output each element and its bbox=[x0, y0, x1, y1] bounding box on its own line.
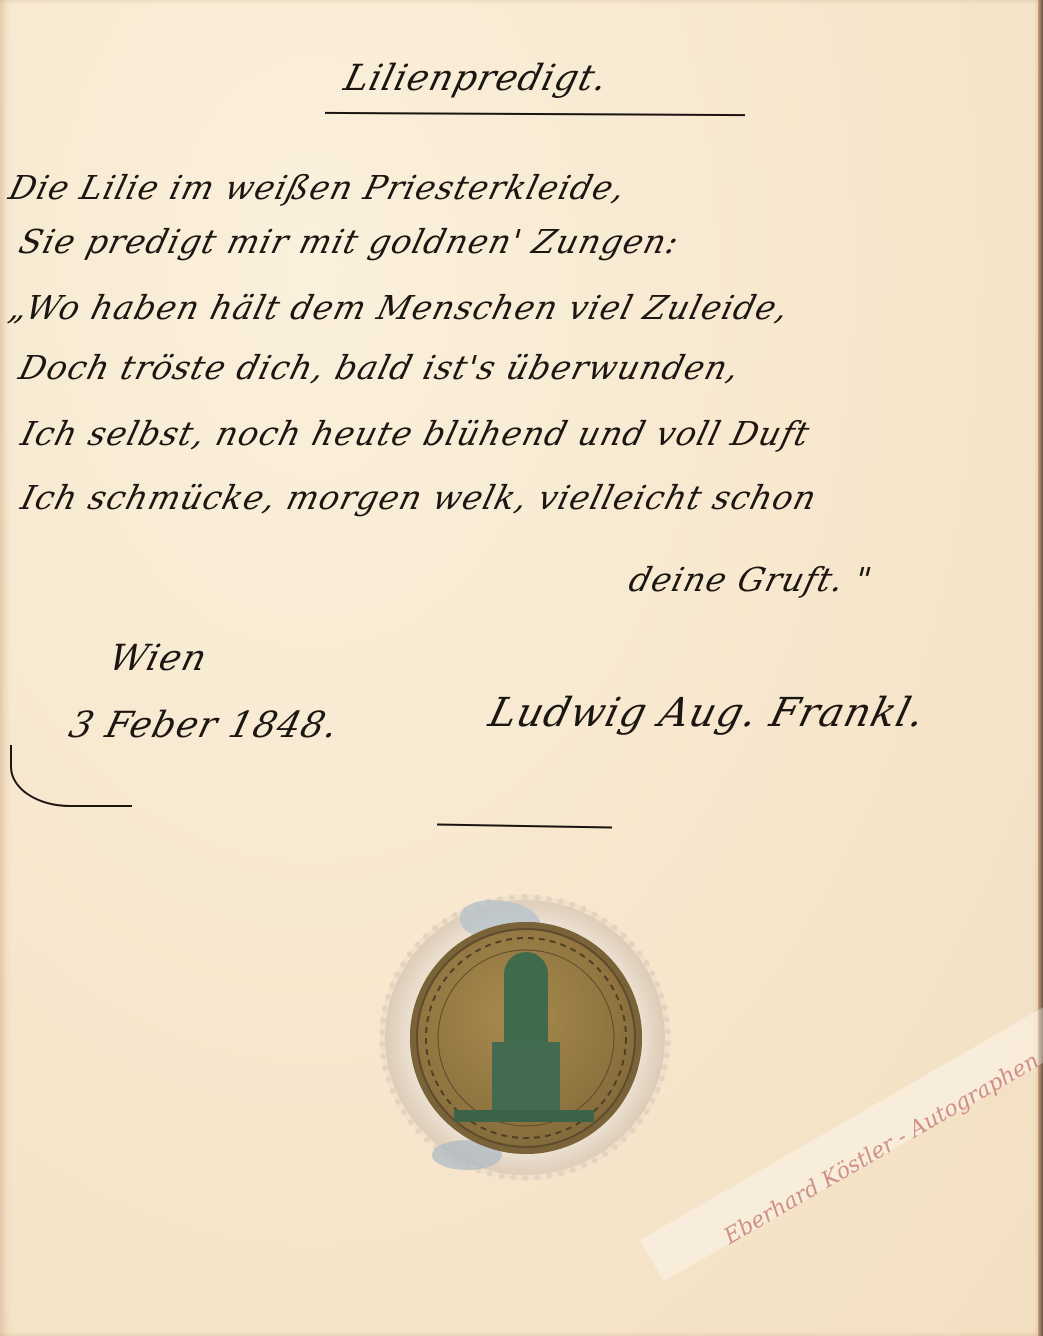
poem-line-3: „Wo haben hält dem Menschen viel Zuleide… bbox=[5, 288, 793, 327]
watermark-band bbox=[640, 960, 1043, 1282]
place: Wien bbox=[105, 638, 212, 679]
poem-line-5: Ich selbst, noch heute blühend und voll … bbox=[17, 414, 814, 453]
wafer-seal bbox=[410, 922, 642, 1154]
signature: Ludwig Aug. Frankl. bbox=[484, 690, 930, 736]
date-flourish bbox=[10, 745, 132, 807]
seal-chair-icon bbox=[492, 1042, 560, 1112]
poem-line-4: Doch tröste dich, bald ist's überwunden, bbox=[15, 348, 744, 387]
date: 3 Feber 1848. bbox=[65, 705, 343, 746]
paper-edge bbox=[1038, 0, 1043, 1336]
poem-line-1: Die Lilie im weißen Priesterkleide, bbox=[5, 168, 630, 207]
poem-title: Lilienpredigt. bbox=[340, 58, 612, 99]
poem-line-2: Sie predigt mir mit goldnen' Zungen: bbox=[15, 222, 683, 261]
manuscript-page: Lilienpredigt. Die Lilie im weißen Pries… bbox=[0, 0, 1043, 1336]
poem-line-6: Ich schmücke, morgen welk, vielleicht sc… bbox=[17, 478, 821, 517]
title-underline bbox=[325, 112, 745, 116]
poem-line-7: deine Gruft. " bbox=[625, 560, 876, 599]
seal-base bbox=[454, 1110, 594, 1122]
divider-rule bbox=[437, 823, 612, 828]
